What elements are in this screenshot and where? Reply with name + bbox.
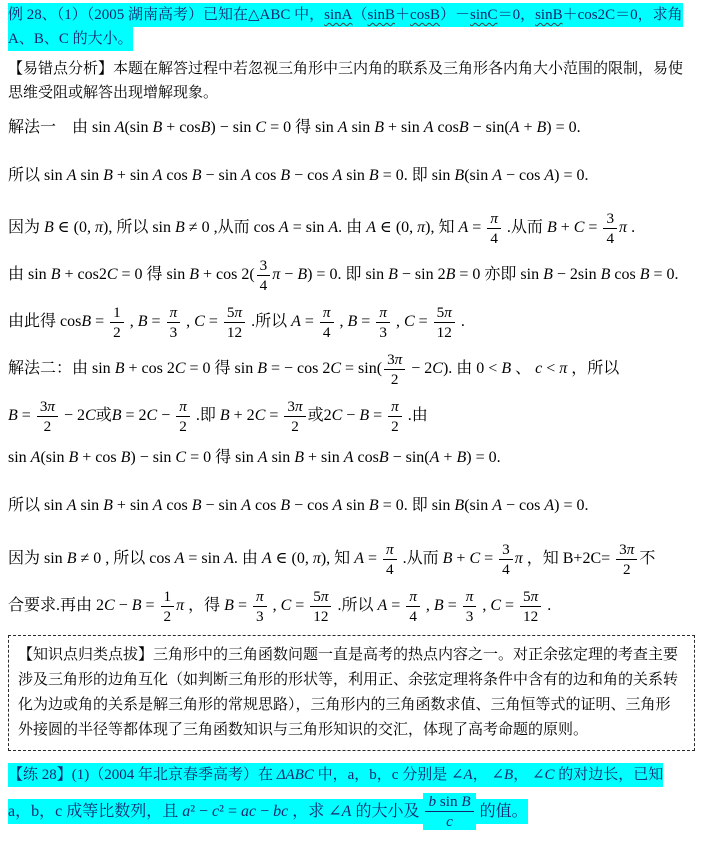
fraction: π4 (485, 210, 503, 247)
text-run: π ，知 B+2C= (515, 550, 614, 567)
solution1-step1: 解法一 由 sin A(sin B + cosB) − sin C = 0 得 … (8, 115, 695, 141)
fraction-numerator: 3 (603, 210, 617, 229)
solution2-answer: 合要求.再由 2C − B = 12π ，得 B = π3 , C = 5π12… (8, 588, 695, 625)
fraction-denominator: 2 (161, 607, 175, 625)
fraction: b sin Bc (423, 793, 475, 830)
fraction-denominator: 12 (310, 607, 331, 625)
fraction-numerator: π (253, 588, 267, 607)
solution2-step5: 因为 sin B ≠ 0 , 所以 cos A = sin A. 由 A ∈ (… (8, 541, 695, 578)
fraction-numerator: π (388, 398, 402, 417)
fraction-denominator: 2 (176, 417, 190, 435)
fraction-numerator: 3π (384, 351, 405, 370)
solution2-step1: 解法二：由 sin B + cos 2C = 0 得 sin B = − cos… (8, 351, 695, 388)
highlight: 例 28、（1）（2005 湖南高考）已知在△ABC 中，sinA（sinB＋c… (8, 3, 683, 51)
text-run: 不 (639, 550, 655, 567)
fraction-numerator: 3π (284, 398, 305, 417)
text-run: .由 (404, 408, 428, 425)
fraction-numerator: b sin B (425, 793, 473, 812)
solution1-step4: 由 sin B + cos2C = 0 得 sin B + cos 2(34π … (8, 257, 695, 294)
fraction-denominator: 4 (603, 229, 617, 247)
wavy-underlined-term: sinA (324, 7, 352, 23)
text-run: 的值。 (476, 803, 528, 820)
fraction-denominator: c (425, 812, 473, 830)
fraction-denominator: 3 (376, 323, 390, 341)
fraction-numerator: 1 (110, 304, 124, 323)
text-run: a，b，c 成等比数列，且 a² − c² = ac − bc ，求 ∠A 的大… (8, 803, 423, 820)
fraction: 3π2 (282, 398, 307, 435)
solution2-step4: 所以 sin A sin B + sin A cos B − sin A cos… (8, 493, 695, 519)
fraction: 5π12 (518, 588, 543, 625)
fraction: 34 (601, 210, 619, 247)
text-run: , C = (392, 313, 432, 330)
fraction-numerator: π (167, 304, 181, 323)
fraction: 12 (159, 588, 177, 625)
text-run: ）－ (440, 7, 470, 23)
fraction-denominator: 4 (320, 323, 334, 341)
text-run: . (543, 597, 551, 614)
fraction-denominator: 12 (520, 607, 541, 625)
text-run: 合要求.再由 2C − B = (8, 597, 159, 614)
text-run: 【易错点分析】本题在解答过程中若忽视三角形中三内角的联系及三角形各内角大小范围的… (8, 61, 683, 101)
text-run: , B = (126, 313, 165, 330)
text-run: π ，得 B = (176, 597, 251, 614)
fraction: π3 (251, 588, 269, 625)
text-run: B = (8, 408, 35, 425)
text-run: π − B) = 0. 即 sin B − sin 2B = 0 亦即 sin … (272, 266, 678, 283)
text-run: , C = (478, 597, 518, 614)
text-run: .所以 A = (247, 313, 318, 330)
fraction: π3 (165, 304, 183, 341)
text-run: 因为 B ∈ (0, π), 所以 sin B ≠ 0 ,从而 cos A = … (8, 219, 485, 236)
fraction-denominator: 4 (383, 560, 397, 578)
document-page: 例 28、（1）（2005 湖南高考）已知在△ABC 中，sinA（sinB＋c… (0, 0, 703, 830)
wavy-underlined-term: sinB (535, 7, 563, 23)
text-run: 所以 sin A sin B + sin A cos B − sin A cos… (8, 497, 588, 514)
wavy-underlined-term: sinB (368, 7, 396, 23)
solution2-step3: sin A(sin B + cos B) − sin C = 0 得 sin A… (8, 445, 695, 471)
fraction-numerator: π (406, 588, 420, 607)
text-run: .从而 B + C = (399, 550, 498, 567)
text-run: , C = (182, 313, 222, 330)
fraction-denominator: 2 (37, 417, 58, 435)
solution1-step2: 所以 sin A sin B + sin A cos B − sin A cos… (8, 163, 695, 189)
knowledge-box: 【知识点归类点拔】三角形中的三角函数问题一直是高考的热点内容之一。对正余弦定理的… (8, 635, 695, 752)
fraction: 3π2 (35, 398, 60, 435)
fraction-denominator: 2 (110, 323, 124, 341)
fraction-numerator: 5π (434, 304, 455, 323)
fraction-denominator: 2 (616, 560, 637, 578)
fraction-denominator: 2 (384, 370, 405, 388)
text-run: , B = (422, 597, 461, 614)
fraction: π2 (386, 398, 404, 435)
text-run: 所以 sin A sin B + sin A cos B − sin A cos… (8, 167, 588, 184)
text-run: .所以 A = (333, 597, 404, 614)
text-run: 解法一 由 sin A(sin B + cosB) − sin C = 0 得 … (8, 119, 581, 136)
fraction-numerator: 3 (257, 257, 271, 276)
fraction: 5π12 (222, 304, 247, 341)
text-run: 【练 28】(1)（2004 年北京春季高考）在 ΔABC 中，a，b，c 分别… (8, 767, 663, 783)
fraction: π4 (381, 541, 399, 578)
fraction: 34 (255, 257, 273, 294)
text-run: .从而 B + C = (503, 219, 602, 236)
fraction-numerator: 3π (37, 398, 58, 417)
wavy-underlined-term: sinC (470, 7, 498, 23)
text-run: ＝0， (498, 7, 536, 23)
fraction-denominator: 3 (167, 323, 181, 341)
fraction-denominator: 2 (388, 417, 402, 435)
fraction-denominator: 4 (406, 607, 420, 625)
fraction: π3 (461, 588, 479, 625)
text-run: 解法二：由 sin B + cos 2C = 0 得 sin B = − cos… (8, 360, 382, 377)
fraction-numerator: 3 (499, 541, 513, 560)
fraction-numerator: 1 (161, 588, 175, 607)
fraction-numerator: π (176, 398, 190, 417)
fraction-numerator: 5π (224, 304, 245, 323)
error-analysis: 【易错点分析】本题在解答过程中若忽视三角形中三内角的联系及三角形各内角大小范围的… (8, 57, 695, 105)
fraction-denominator: 3 (463, 607, 477, 625)
fraction-numerator: π (320, 304, 334, 323)
fraction-numerator: 5π (520, 588, 541, 607)
fraction: π4 (318, 304, 336, 341)
text-run: 或2C − B = (308, 408, 387, 425)
fraction-numerator: π (463, 588, 477, 607)
fraction: 34 (497, 541, 515, 578)
fraction-denominator: 12 (224, 323, 245, 341)
solution1-answer: 由此得 cosB = 12 , B = π3 , C = 5π12 .所以 A … (8, 304, 695, 341)
fraction-numerator: 3π (616, 541, 637, 560)
fraction-denominator: 3 (253, 607, 267, 625)
highlight: a，b，c 成等比数列，且 a² − c² = ac − bc ，求 ∠A 的大… (8, 799, 528, 824)
solution1-step3: 因为 B ∈ (0, π), 所以 sin B ≠ 0 ,从而 cos A = … (8, 210, 695, 247)
fraction-denominator: 2 (284, 417, 305, 435)
text-run: − 2C). 由 0 < B 、 c < π ，所以 (407, 360, 619, 377)
text-run: , C = (269, 597, 309, 614)
fraction-denominator: 4 (257, 276, 271, 294)
practice-problem-line2: a，b，c 成等比数列，且 a² − c² = ac − bc ，求 ∠A 的大… (8, 793, 695, 830)
text-run: , B = (336, 313, 375, 330)
text-run: 例 28、（1）（2005 湖南高考）已知在△ABC 中， (8, 7, 324, 23)
fraction-denominator: 12 (434, 323, 455, 341)
highlight: 【练 28】(1)（2004 年北京春季高考）在 ΔABC 中，a，b，c 分别… (8, 763, 663, 787)
solution2-step2: B = 3π2 − 2C或B = 2C − π2 .即 B + 2C = 3π2… (8, 398, 695, 435)
text-run: 由 sin B + cos2C = 0 得 sin B + cos 2( (8, 266, 255, 283)
text-run: （ (352, 7, 367, 23)
fraction: π4 (404, 588, 422, 625)
text-run: 因为 sin B ≠ 0 , 所以 cos A = sin A. 由 A ∈ (… (8, 550, 381, 567)
fraction: 3π2 (382, 351, 407, 388)
fraction: 12 (108, 304, 126, 341)
wavy-underlined-term: cosB (410, 7, 440, 23)
problem-statement: 例 28、（1）（2005 湖南高考）已知在△ABC 中，sinA（sinB＋c… (8, 3, 695, 51)
text-run: ＋ (395, 7, 410, 23)
fraction: π3 (374, 304, 392, 341)
text-run: sin A(sin B + cos B) − sin C = 0 得 sin A… (8, 449, 501, 466)
text-run: 【知识点归类点拔】三角形中的三角函数问题一直是高考的热点内容之一。对正余弦定理的… (18, 647, 678, 739)
text-run: − 2C或B = 2C − (60, 408, 174, 425)
text-run: 由此得 cosB = (8, 313, 108, 330)
fraction: 5π12 (308, 588, 333, 625)
fraction-numerator: π (487, 210, 501, 229)
fraction-numerator: 5π (310, 588, 331, 607)
practice-problem-line1: 【练 28】(1)（2004 年北京春季高考）在 ΔABC 中，a，b，c 分别… (8, 763, 695, 787)
fraction-numerator: π (376, 304, 390, 323)
text-run: .即 B + 2C = (192, 408, 283, 425)
fraction-denominator: 4 (487, 229, 501, 247)
text-run: . (457, 313, 465, 330)
fraction: 3π2 (614, 541, 639, 578)
fraction: 5π12 (432, 304, 457, 341)
fraction-numerator: π (383, 541, 397, 560)
fraction: π2 (174, 398, 192, 435)
fraction-denominator: 4 (499, 560, 513, 578)
text-run: π . (619, 219, 635, 236)
